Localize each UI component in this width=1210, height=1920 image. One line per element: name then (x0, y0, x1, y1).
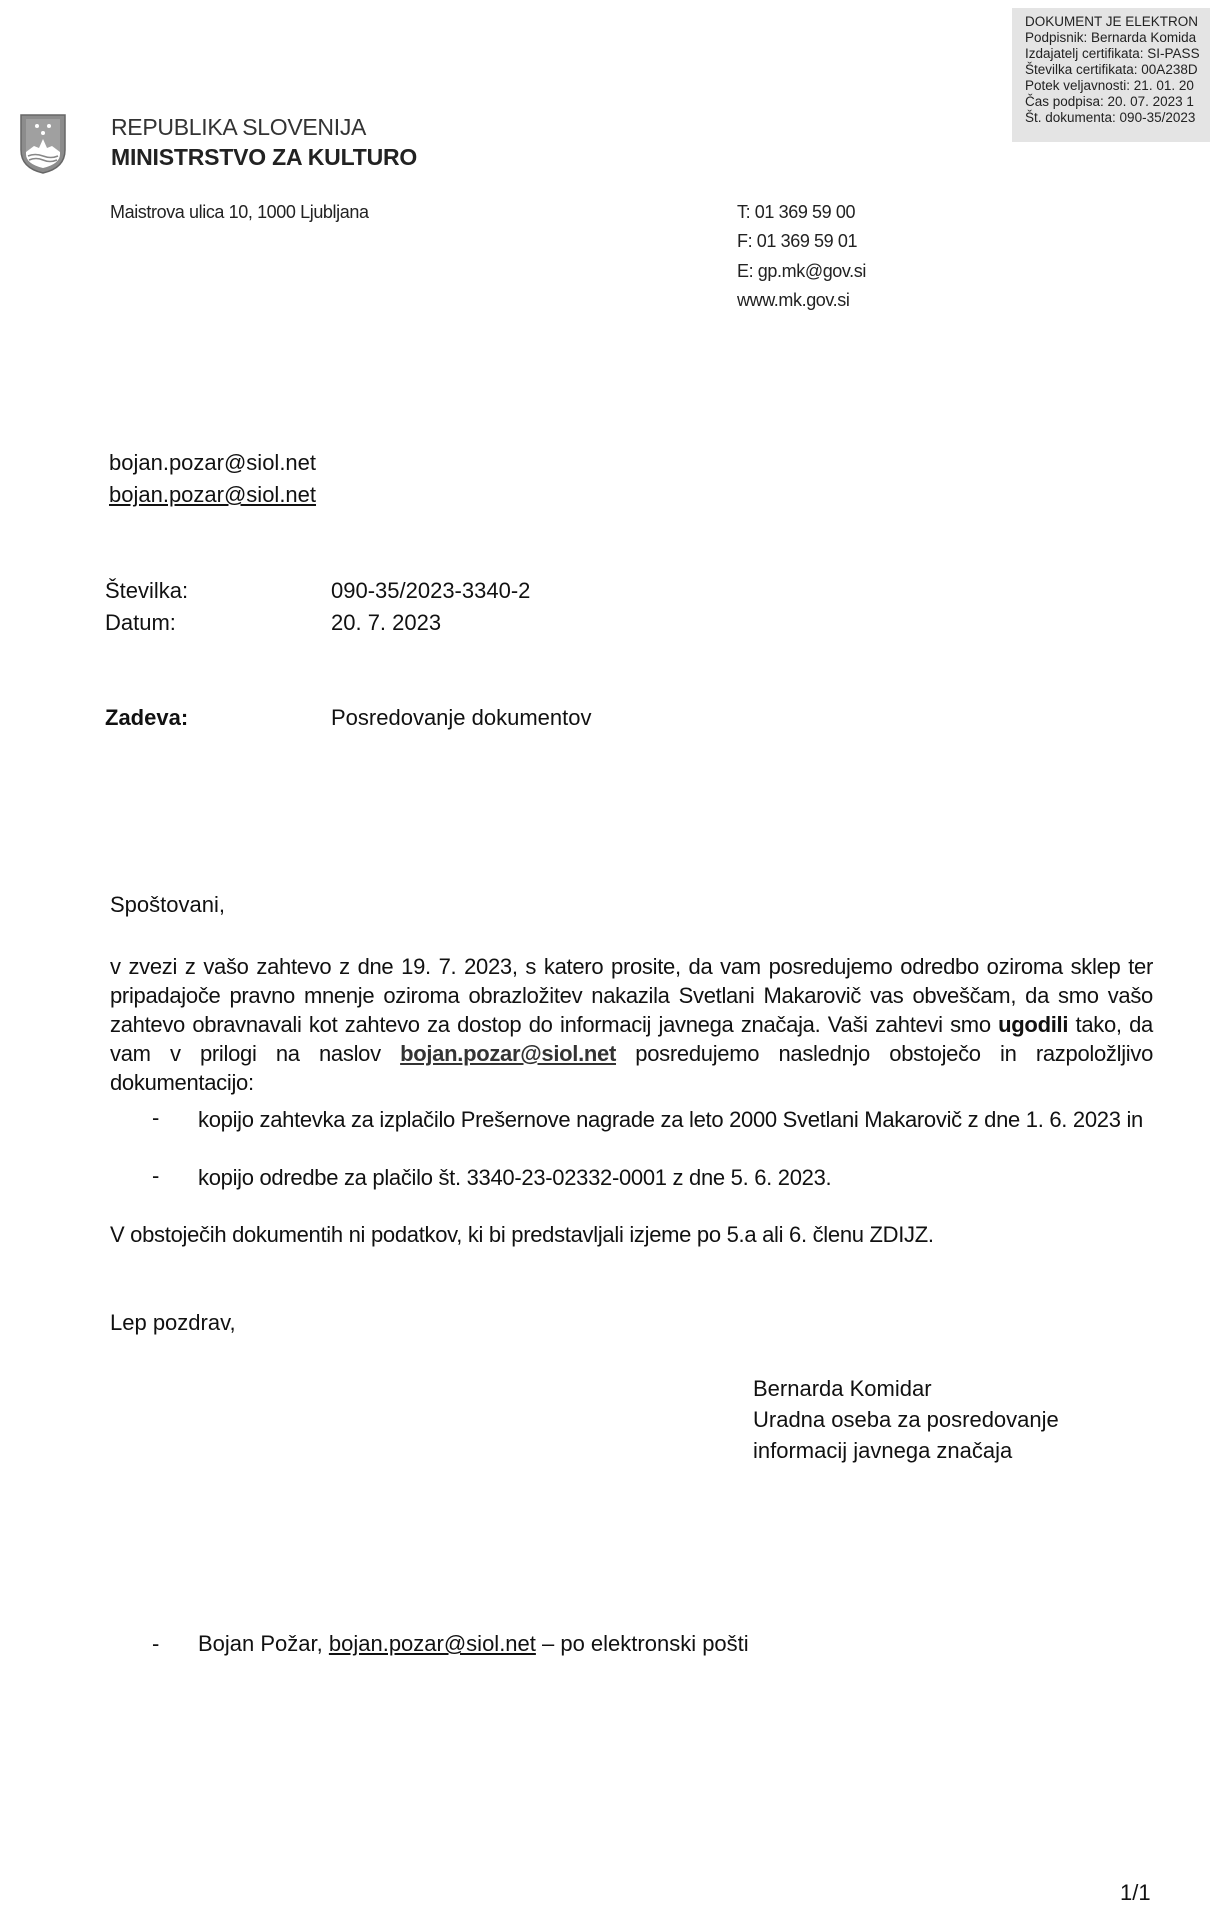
e-signature-stamp: DOKUMENT JE ELEKTRON Podpisnik: Bernarda… (1012, 8, 1210, 142)
list-item-text: kopijo zahtevka za izplačilo Prešernove … (198, 1105, 1158, 1134)
list-item-text: kopijo odredbe za plačilo št. 3340-23-02… (198, 1163, 1158, 1192)
stamp-line: Izdajatelj certifikata: SI-PASS (1012, 46, 1210, 62)
subject-label: Zadeva: (105, 705, 188, 731)
ministry-fax: F: 01 369 59 01 (737, 231, 857, 252)
stamp-line: Številka certifikata: 00A238D (1012, 62, 1210, 78)
number-value: 090-35/2023-3340-2 (331, 578, 530, 604)
body-paragraph-1: v zvezi z vašo zahtevo z dne 19. 7. 2023… (110, 952, 1153, 1097)
letterhead-country: REPUBLIKA SLOVENIJA (111, 114, 366, 141)
bullet-dash: - (152, 1105, 159, 1131)
bullet-dash: - (152, 1163, 159, 1189)
signatory-title: Uradna oseba za posredovanje (753, 1407, 1059, 1433)
date-value: 20. 7. 2023 (331, 610, 441, 636)
distribution-method: – po elektronski pošti (536, 1631, 749, 1656)
inline-email-link[interactable]: bojan.pozar@siol.net (400, 1041, 616, 1066)
stamp-line: DOKUMENT JE ELEKTRON (1012, 14, 1210, 30)
ministry-website[interactable]: www.mk.gov.si (737, 290, 850, 311)
recipient-email-link[interactable]: bojan.pozar@siol.net (109, 482, 316, 508)
ministry-address: Maistrova ulica 10, 1000 Ljubljana (110, 202, 369, 223)
signatory-title: informacij javnega značaja (753, 1438, 1012, 1464)
letterhead-ministry: MINISTRSTVO ZA KULTURO (111, 144, 417, 171)
closing: Lep pozdrav, (110, 1310, 236, 1336)
signatory-name: Bernarda Komidar (753, 1376, 932, 1402)
bullet-dash: - (152, 1631, 159, 1657)
greeting: Spoštovani, (110, 892, 225, 918)
distribution-email-link[interactable]: bojan.pozar@siol.net (329, 1631, 536, 1656)
stamp-line: Podpisnik: Bernarda Komida (1012, 30, 1210, 46)
coat-of-arms-icon (18, 112, 68, 174)
stamp-line: Št. dokumenta: 090-35/2023 (1012, 110, 1210, 126)
granted-emphasis: ugodili (998, 1012, 1068, 1037)
ministry-phone: T: 01 369 59 00 (737, 202, 855, 223)
subject-value: Posredovanje dokumentov (331, 705, 592, 731)
distribution-name: Bojan Požar, (198, 1631, 329, 1656)
paragraph-text: v zvezi z vašo zahtevo z dne 19. 7. 2023… (110, 954, 1153, 1037)
stamp-line: Čas podpisa: 20. 07. 2023 1 (1012, 94, 1210, 110)
date-label: Datum: (105, 610, 176, 636)
body-paragraph-2: V obstoječih dokumentih ni podatkov, ki … (110, 1222, 934, 1248)
number-label: Številka: (105, 578, 188, 604)
recipient-name: bojan.pozar@siol.net (109, 450, 316, 476)
page-number: 1/1 (1120, 1880, 1151, 1906)
stamp-line: Potek veljavnosti: 21. 01. 20 (1012, 78, 1210, 94)
ministry-email: E: gp.mk@gov.si (737, 261, 866, 282)
